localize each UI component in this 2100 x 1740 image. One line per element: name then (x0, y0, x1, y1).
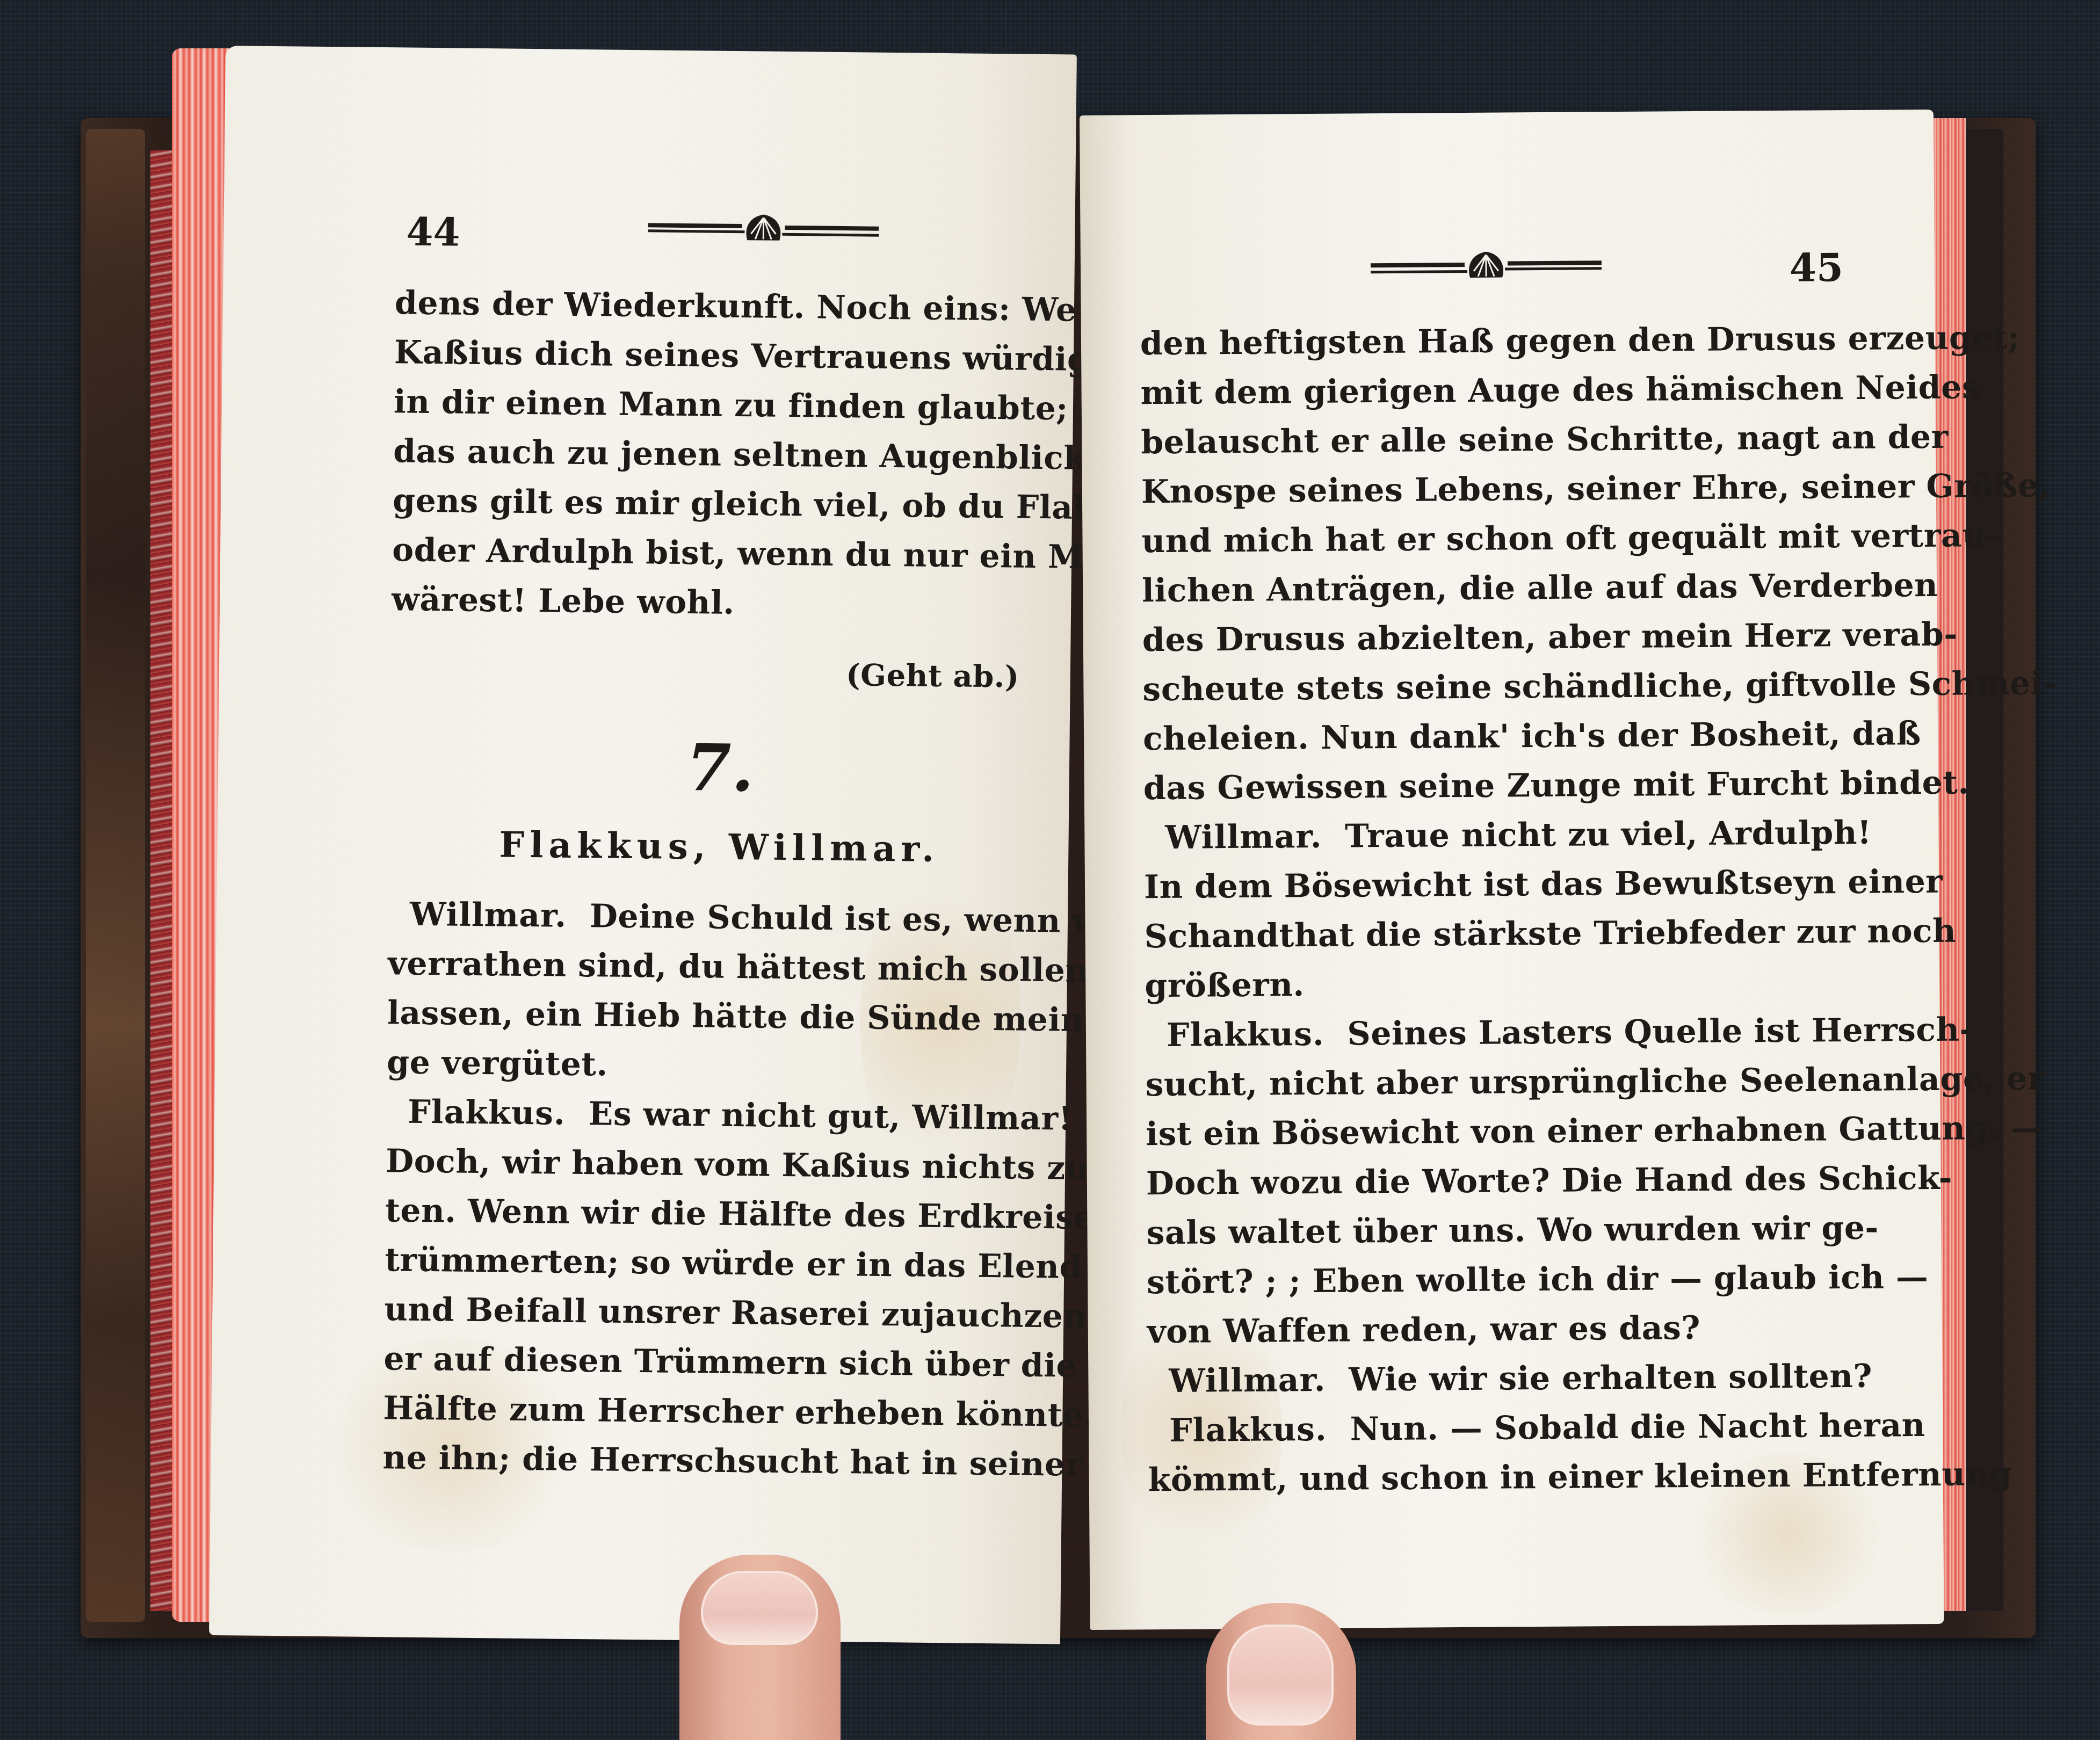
text-line: größern. (1145, 956, 1859, 1011)
speaker-name: Willmar. (1169, 1361, 1326, 1400)
text-line: von Waffen reden, war es das? (1147, 1302, 1862, 1357)
text-line: Knospe seines Lebens, seiner Ehre, seine… (1141, 462, 1856, 517)
text-line: das Gewissen seine Zunge mit Furcht bind… (1143, 759, 1858, 813)
speaker-name: Flakkus. (1167, 1016, 1324, 1054)
left-page: 44 dens der Wiederkunft. Noch eins: Wenn… (209, 46, 1077, 1644)
text-line: Hälfte zum Herrscher erheben könnte. Ich… (383, 1383, 1044, 1440)
speech-line: Flakkus. Seines Lasters Quelle ist Herrs… (1145, 1006, 1860, 1060)
text-line: gens gilt es mir gleich viel, ob du Flak… (393, 476, 1054, 532)
text-line: trümmerten; so würde er in das Elend lac… (385, 1235, 1046, 1292)
scene-number: 7. (389, 727, 1051, 809)
text-line: verrathen sind, du hättest mich sollen m… (388, 939, 1049, 995)
text-line: lichen Anträgen, die alle auf das Verder… (1142, 561, 1857, 615)
text-line: er auf diesen Trümmern sich über die and… (383, 1334, 1045, 1390)
text-line: Doch wozu die Worte? Die Hand des Schick… (1146, 1154, 1861, 1208)
text-line: stört? ; ; Eben wollte ich dir — glaub i… (1147, 1253, 1862, 1307)
text-line: dens der Wiederkunft. Noch eins: Wenn ei… (395, 278, 1056, 335)
text-line: kömmt, und schon in einer kleinen Entfer… (1148, 1451, 1863, 1505)
page-number: 45 (1790, 244, 1844, 291)
left-page-text: dens der Wiederkunft. Noch eins: Wenn ei… (382, 278, 1055, 1489)
speech-text: Seines Lasters Quelle ist Herrsch- (1347, 1011, 1973, 1053)
text-line: oder Ardulph bist, wenn du nur ein Mann (392, 525, 1053, 582)
speech-line: Flakkus. Nun. — Sobald die Nacht heran (1148, 1401, 1863, 1455)
text-line: ne ihn; die Herrschsucht hat in seiner S… (382, 1433, 1044, 1489)
fingernail (1227, 1625, 1334, 1726)
text-line: sucht, nicht aber ursprüngliche Seelenan… (1145, 1055, 1860, 1110)
right-thumb (1206, 1603, 1356, 1740)
text-line: und mich hat er schon oft gequält mit ve… (1141, 512, 1856, 566)
speech-text: Wie wir sie erhalten sollten? (1349, 1358, 1872, 1399)
text-line: mit dem gierigen Auge des hämischen Neid… (1140, 364, 1855, 418)
speaker-name: Willmar. (1165, 818, 1322, 857)
text-line: scheute stets seine schändliche, giftvol… (1142, 660, 1857, 714)
text-line: Schandthat die stärkste Triebfeder zur n… (1144, 907, 1859, 961)
text-line: in dir einen Mann zu finden glaubte; so … (394, 377, 1055, 433)
speech-text: Deine Schuld ist es, wenn wir (590, 897, 1131, 941)
speech-text: Es war nicht gut, Willmar! — (588, 1095, 1117, 1138)
text-line: lassen, ein Hieb hätte die Sünde meiner … (387, 988, 1048, 1045)
speech-line: Willmar. Deine Schuld ist es, wenn wir (388, 889, 1049, 946)
speech-text: Traue nicht zu viel, Ardulph! (1345, 814, 1872, 856)
right-page-text: den heftigsten Haß gegen den Drusus erze… (1140, 314, 1863, 1505)
speech-line: Willmar. Traue nicht zu viel, Ardulph! (1143, 808, 1858, 862)
text-line: cheleien. Nun dank' ich's der Bosheit, d… (1143, 709, 1858, 764)
shell-ornament-icon (1371, 249, 1602, 282)
text-line: ge vergütet. (387, 1038, 1048, 1094)
right-page: 45 den heftigsten Haß gegen den Drusus e… (1080, 110, 1944, 1630)
worn-leather-binding (86, 129, 145, 1622)
text-line: den heftigsten Haß gegen den Drusus erze… (1140, 314, 1855, 368)
text-line: Kaßius dich seines Vertrauens würdigte, … (394, 328, 1055, 384)
text-line: Doch, wir haben vom Kaßius nichts zu bef… (386, 1136, 1047, 1193)
text-line: ist ein Bösewicht von einer erhabnen Gat… (1146, 1105, 1860, 1159)
speaker-name: Flakkus. (1169, 1411, 1327, 1449)
speech-line: Willmar. Wie wir sie erhalten sollten? (1147, 1352, 1862, 1406)
text-line: ten. Wenn wir die Hälfte des Erdkreises … (385, 1186, 1046, 1242)
text-line: und Beifall unsrer Raserei zujauchzen, w… (384, 1285, 1045, 1341)
speech-line: Flakkus. Es war nicht gut, Willmar! — (386, 1087, 1047, 1143)
scene-cast: Flakkus, Willmar. (389, 818, 1050, 875)
page-number: 44 (406, 209, 460, 255)
text-line: belauscht er alle seine Schritte, nagt a… (1141, 413, 1856, 467)
text-line: des Drusus abzielten, aber mein Herz ver… (1142, 611, 1857, 665)
stage-direction: (Geht ab.) (390, 646, 1052, 702)
text-line: das auch zu jenen seltnen Augenblicken. … (393, 426, 1054, 483)
text-line: In dem Bösewicht ist das Bewußtseyn eine… (1144, 858, 1859, 912)
speaker-name: Willmar. (410, 896, 567, 935)
left-thumb (679, 1555, 841, 1740)
speaker-name: Flakkus. (408, 1093, 566, 1133)
fingernail (701, 1571, 818, 1645)
text-line: wärest! Lebe wohl. (392, 575, 1053, 631)
text-line: sals waltet über uns. Wo wurden wir ge- (1146, 1204, 1861, 1258)
speech-text: Nun. — Sobald die Nacht heran (1350, 1407, 1925, 1448)
shell-ornament-icon (648, 211, 879, 245)
